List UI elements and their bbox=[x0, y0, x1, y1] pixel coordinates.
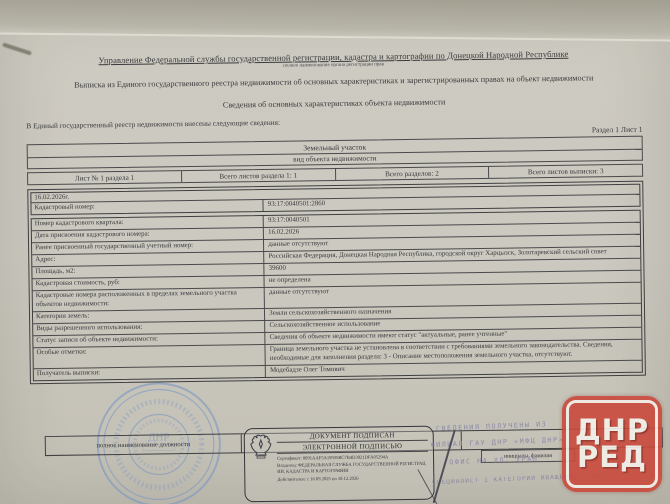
dnr-red-watermark-logo: ДНР РЕД bbox=[562, 396, 662, 492]
sheet-info-cell: Всего листов выписки: 3 bbox=[489, 165, 642, 178]
position-name-cell: полное наименование должности bbox=[46, 434, 242, 455]
document-title: Выписка из Единого государственного реес… bbox=[26, 73, 642, 91]
row-label: Получатель выписки: bbox=[34, 366, 266, 380]
sheet-info-cell: Лист № 1 раздела 1 bbox=[28, 171, 182, 184]
sheet-info-cell: Всего листов раздела 1: 1 bbox=[182, 169, 336, 182]
electronic-signature-stamp: ДОКУМЕНТ ПОДПИСАН ЭЛЕКТРОННОЙ ПОДПИСЬЮ С… bbox=[244, 426, 435, 503]
logo-line2: РЕД bbox=[577, 444, 647, 471]
sheet-info-cell: Всего разделов: 2 bbox=[336, 167, 490, 180]
row-label: Кадастровые номера расположенных в преде… bbox=[33, 288, 266, 311]
main-characteristics-table: 16.02.2026г. Кадастровый номер:93:17:004… bbox=[27, 181, 646, 384]
row-label: Кадастровый номер: bbox=[31, 200, 263, 214]
row-label: Особые отметки: bbox=[33, 345, 266, 368]
esign-owner: Владелец: ФЕДЕРАЛЬНАЯ СЛУЖБА ГОСУДАРСТВЕ… bbox=[277, 461, 428, 475]
attributes-subtable: Номер кадастрового квартала:93:17:004050… bbox=[31, 210, 643, 381]
coat-of-arms-icon bbox=[248, 432, 275, 498]
document-subtitle: Сведения об основных характеристиках объ… bbox=[26, 95, 642, 113]
position-name-caption: полное наименование должности bbox=[96, 441, 190, 449]
photographed-document: Управление Федеральной службы государств… bbox=[0, 0, 670, 504]
esign-line2: ЭЛЕКТРОННОЙ ПОДПИСЬЮ bbox=[277, 441, 428, 454]
esign-validity: Действителен: с 16.09.2025 по 10.12.2026 bbox=[277, 475, 428, 483]
